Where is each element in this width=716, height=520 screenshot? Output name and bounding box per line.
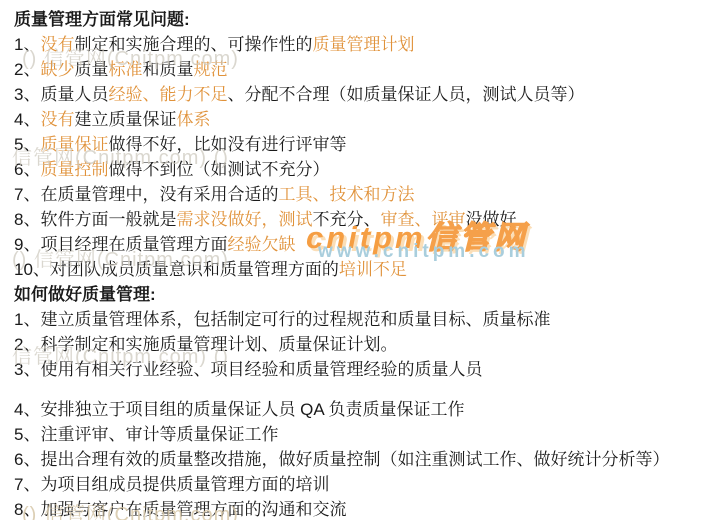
list-item: 8、软件方面一般就是需求没做好，测试不充分、审查、评审没做好	[14, 207, 716, 232]
highlighted-text: 没有	[40, 110, 74, 129]
plain-text: 做得不到位（如测试不充分）	[108, 160, 329, 179]
highlighted-text: 缺少	[40, 60, 74, 79]
highlighted-text: 标准	[108, 60, 142, 79]
list-item: 1、没有制定和实施合理的、可操作性的质量管理计划	[14, 32, 716, 57]
list-item: 10、对团队成员质量意识和质量管理方面的培训不足	[14, 257, 716, 282]
plain-text: 9、项目经理在质量管理方面	[14, 235, 227, 254]
list-item: 3、质量人员经验、能力不足、分配不合理（如质量保证人员，测试人员等）	[14, 82, 716, 107]
list-item: 7、在质量管理中，没有采用合适的工具、技术和方法	[14, 182, 716, 207]
list-item: 6、质量控制做得不到位（如测试不充分）	[14, 157, 716, 182]
plain-text: 1、	[14, 35, 40, 54]
plain-text: 质量	[74, 60, 108, 79]
list-item: 4、安排独立于项目组的质量保证人员 QA 负责质量保证工作	[14, 397, 716, 422]
plain-text: 7、为项目组成员提供质量管理方面的培训	[14, 475, 329, 494]
list-item: 2、科学制定和实施质量管理计划、质量保证计划。	[14, 332, 716, 357]
highlighted-text: 培训不足	[339, 260, 407, 279]
plain-text: 没做好	[465, 210, 516, 229]
list-item: 6、提出合理有效的质量整改措施，做好质量控制（如注重测试工作、做好统计分析等）	[14, 447, 716, 472]
list-item: 7、为项目组成员提供质量管理方面的培训	[14, 472, 716, 497]
plain-text: 6、	[14, 160, 40, 179]
section-heading: 如何做好质量管理:	[14, 282, 716, 307]
list-item: 8、加强与客户在质量管理方面的沟通和交流	[14, 497, 716, 520]
highlighted-text: 经验欠缺	[227, 235, 295, 254]
document-page: 质量管理方面常见问题:1、没有制定和实施合理的、可操作性的质量管理计划2、缺少质…	[0, 0, 716, 520]
highlighted-text: 质量控制	[40, 160, 108, 179]
list-item: 1、建立质量管理体系，包括制定可行的过程规范和质量目标、质量标准	[14, 307, 716, 332]
plain-text: 4、	[14, 110, 40, 129]
sections: 质量管理方面常见问题:1、没有制定和实施合理的、可操作性的质量管理计划2、缺少质…	[0, 0, 716, 520]
list-item: 5、注重评审、审计等质量保证工作	[14, 422, 716, 447]
plain-text: 做得不好，比如没有进行评审等	[108, 135, 346, 154]
highlighted-text: 工具、技术和方法	[278, 185, 414, 204]
plain-text: 和质量	[142, 60, 193, 79]
highlighted-text: 质量管理计划	[312, 35, 414, 54]
list-item: 2、缺少质量标准和质量规范	[14, 57, 716, 82]
list-item: 3、使用有相关行业经验、项目经验和质量管理经验的质量人员	[14, 357, 716, 382]
plain-text: 10、对团队成员质量意识和质量管理方面的	[14, 260, 339, 279]
plain-text: 2、	[14, 60, 40, 79]
plain-text: 1、建立质量管理体系，包括制定可行的过程规范和质量目标、质量标准	[14, 310, 550, 329]
plain-text: 制定和实施合理的、可操作性的	[74, 35, 312, 54]
plain-text: 8、软件方面一般就是	[14, 210, 176, 229]
list-item: 5、质量保证做得不好，比如没有进行评审等	[14, 132, 716, 157]
plain-text: 、分配不合理（如质量保证人员，测试人员等）	[227, 85, 584, 104]
plain-text: 6、提出合理有效的质量整改措施，做好质量控制（如注重测试工作、做好统计分析等）	[14, 450, 669, 469]
highlighted-text: 质量保证	[40, 135, 108, 154]
plain-text: 建立质量保证	[74, 110, 176, 129]
list-item: 4、没有建立质量保证体系	[14, 107, 716, 132]
plain-text: 4、安排独立于项目组的质量保证人员 QA 负责质量保证工作	[14, 400, 465, 419]
highlighted-text: 体系	[176, 110, 210, 129]
plain-text: 8、加强与客户在质量管理方面的沟通和交流	[14, 500, 346, 519]
plain-text: 5、注重评审、审计等质量保证工作	[14, 425, 278, 444]
highlighted-text: 没有	[40, 35, 74, 54]
plain-text: 3、使用有相关行业经验、项目经验和质量管理经验的质量人员	[14, 360, 482, 379]
highlighted-text: 规范	[193, 60, 227, 79]
plain-text: 7、在质量管理中，没有采用合适的	[14, 185, 278, 204]
highlighted-text: 经验、能力不足	[108, 85, 227, 104]
plain-text: 不充分、	[312, 210, 380, 229]
plain-text: 3、质量人员	[14, 85, 108, 104]
highlighted-text: 审查、评审	[380, 210, 465, 229]
list-item: 9、项目经理在质量管理方面经验欠缺	[14, 232, 716, 257]
plain-text: 2、科学制定和实施质量管理计划、质量保证计划。	[14, 335, 397, 354]
plain-text: 5、	[14, 135, 40, 154]
section-heading: 质量管理方面常见问题:	[14, 7, 716, 32]
highlighted-text: 需求没做好，测试	[176, 210, 312, 229]
